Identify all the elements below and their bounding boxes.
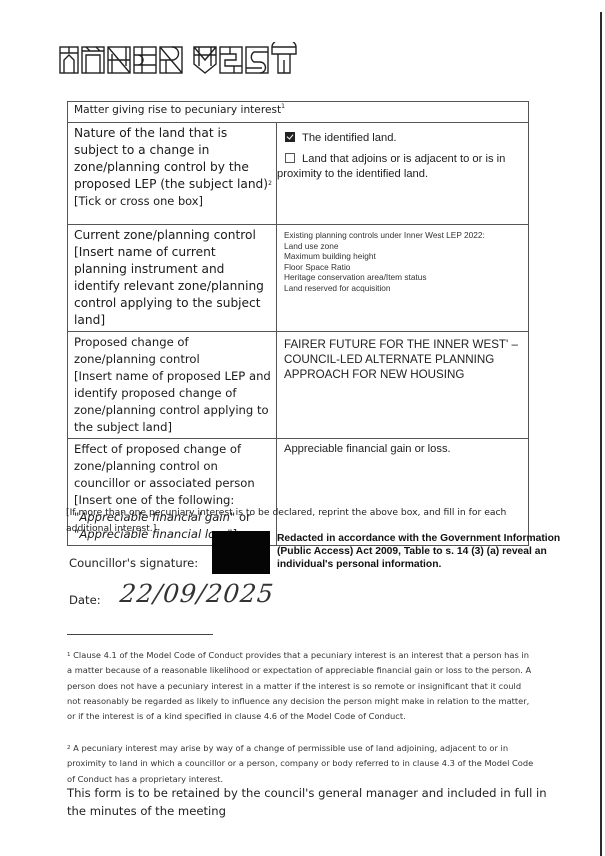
current-control-instruction: [Insert name of current planning instrum…: [74, 245, 264, 327]
value-line: Heritage conservation area/Item status: [284, 272, 524, 283]
footnote-1: 1 Clause 4.1 of the Model Code of Conduc…: [67, 648, 535, 724]
footnote-text: A pecuniary interest may arise by way of…: [67, 743, 533, 784]
form-title: Matter giving rise to pecuniary interest: [74, 104, 281, 116]
proposed-change-value: FAIRER FUTURE FOR THE INNER WEST' – COUN…: [281, 337, 524, 382]
footnote-number: 2: [67, 745, 71, 751]
current-control-value: Existing planning controls under Inner W…: [281, 230, 524, 294]
option-label-continued: proximity to the identified land.: [277, 167, 524, 182]
option-label: The identified land.: [302, 132, 397, 144]
scan-edge-line: [600, 12, 602, 856]
footnote-number: 1: [67, 652, 71, 658]
checkbox-empty-icon[interactable]: [285, 153, 295, 163]
current-control-label: Current zone/planning control: [74, 228, 256, 242]
value-line: Land reserved for acquisition: [284, 283, 524, 294]
option-identified-land[interactable]: The identified land.: [281, 132, 524, 144]
option-label: Land that adjoins or is adjacent to or i…: [302, 153, 505, 165]
value-line: Land use zone: [284, 241, 524, 252]
footnote-2: 2 A pecuniary interest may arise by way …: [67, 741, 535, 787]
land-nature-instruction: [Tick or cross one box]: [74, 194, 203, 208]
proposed-change-label: Proposed change of zone/planning control: [74, 335, 200, 366]
value-line: Maximum building height: [284, 251, 524, 262]
footnote-divider: [67, 634, 213, 635]
redacted-signature-block: [212, 531, 270, 574]
effect-value: Appreciable financial gain or loss.: [281, 443, 524, 455]
retention-statement: This form is to be retained by the counc…: [67, 784, 547, 820]
option-adjoining-land[interactable]: Land that adjoins or is adjacent to or i…: [281, 152, 524, 182]
footnote-ref: 1: [281, 103, 285, 110]
proposed-change-value-cell: FAIRER FUTURE FOR THE INNER WEST' – COUN…: [277, 332, 529, 439]
handwritten-date: 22/09/2025: [118, 579, 275, 608]
date-label: Date:: [69, 593, 101, 607]
proposed-change-instruction: [Insert name of proposed LEP and identif…: [74, 369, 271, 434]
land-nature-label-cell: Nature of the land that is subject to a …: [68, 123, 277, 225]
effect-label: Effect of proposed change of zone/planni…: [74, 442, 255, 490]
redaction-notice: Redacted in accordance with the Governme…: [277, 532, 597, 572]
land-nature-options-cell: The identified land. Land that adjoins o…: [277, 123, 529, 225]
footnote-text: Clause 4.1 of the Model Code of Conduct …: [67, 650, 531, 721]
current-control-value-cell: Existing planning controls under Inner W…: [277, 225, 529, 332]
land-nature-label: Nature of the land that is subject to a …: [74, 126, 268, 191]
footnote-ref: 2: [268, 180, 272, 187]
current-control-label-cell: Current zone/planning control [Insert na…: [68, 225, 277, 332]
value-line: Floor Space Ratio: [284, 262, 524, 273]
proposed-change-label-cell: Proposed change of zone/planning control…: [68, 332, 277, 439]
form-title-cell: Matter giving rise to pecuniary interest…: [68, 102, 529, 123]
value-line: Existing planning controls under Inner W…: [284, 230, 524, 241]
signature-label: Councillor's signature:: [69, 556, 198, 570]
inner-west-logo: [58, 42, 298, 78]
checkbox-checked-icon[interactable]: [285, 132, 295, 142]
pecuniary-interest-form: Matter giving rise to pecuniary interest…: [67, 101, 529, 546]
